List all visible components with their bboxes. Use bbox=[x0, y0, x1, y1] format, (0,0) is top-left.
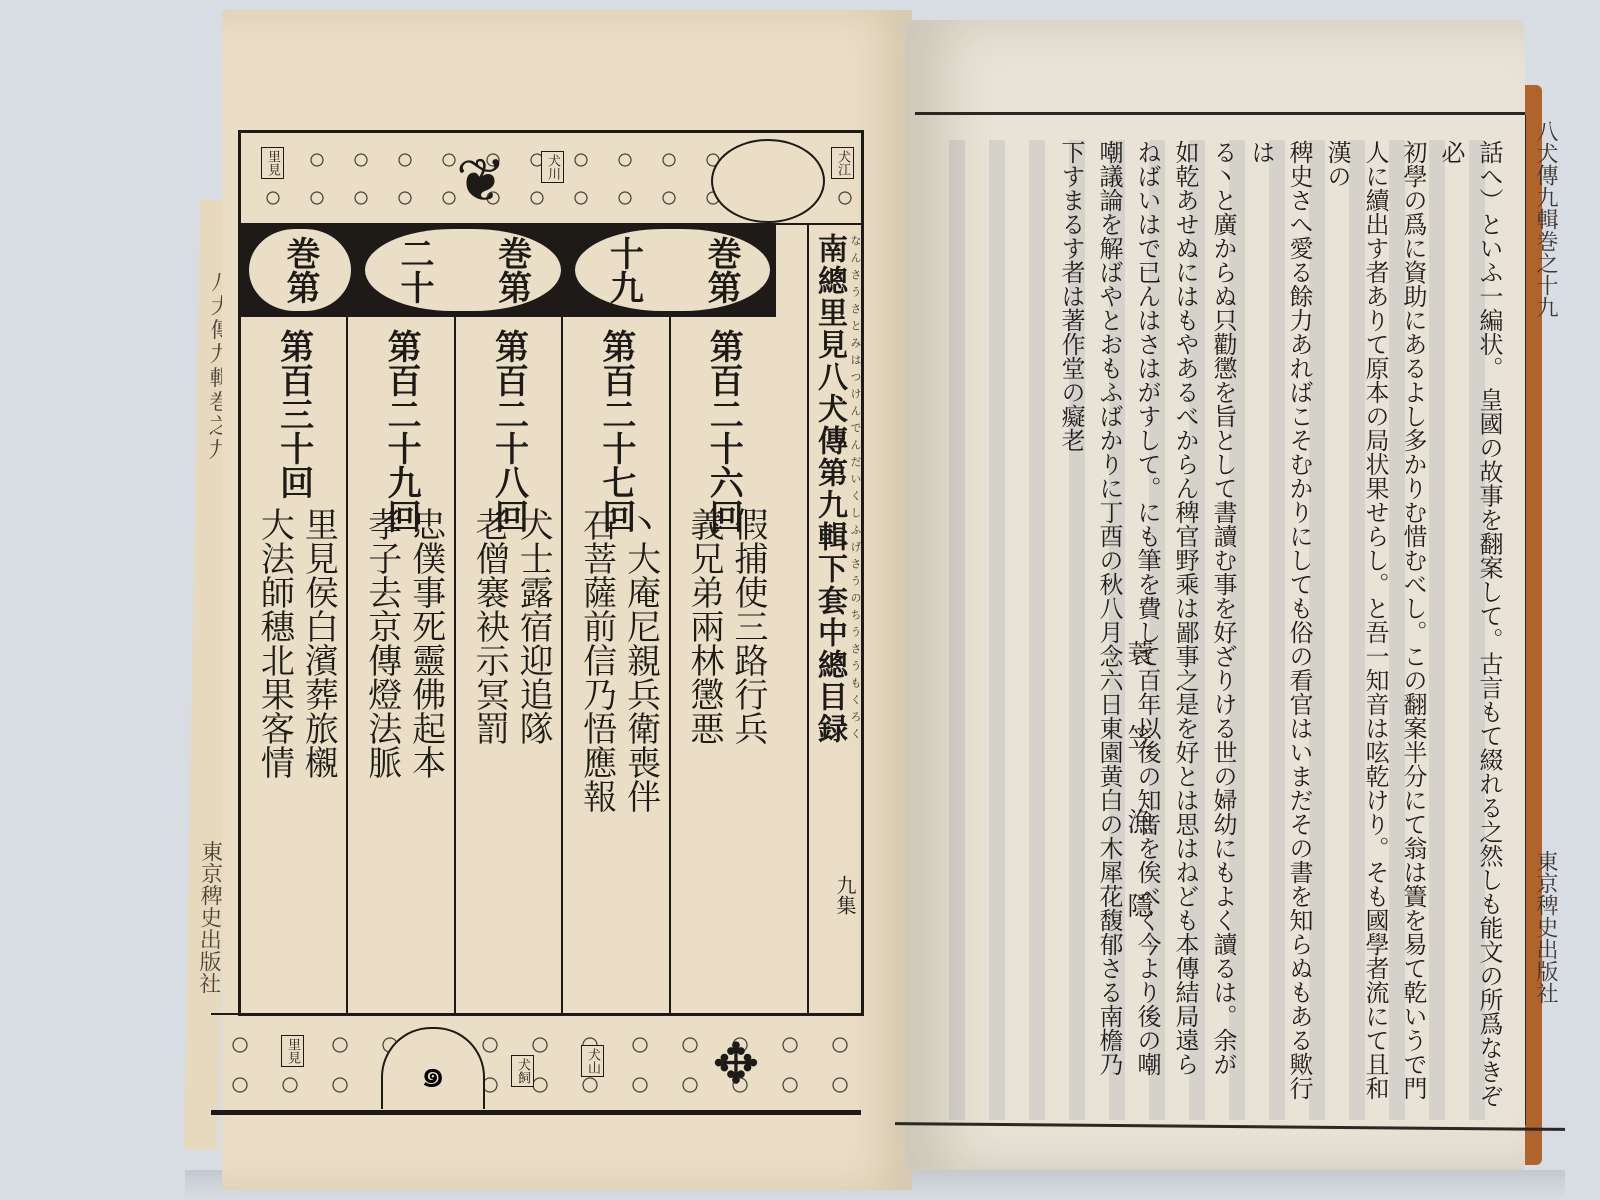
preface-column: 如乾あせぬにはもやあるべからん稗官野乘は鄙事之是を好とは思はねども本傳結局遠ら bbox=[1166, 140, 1204, 1120]
right-margin-title: 八犬傳九輯巻之十九 bbox=[1530, 120, 1561, 318]
volume-20-cartouche: 巻第 二十 bbox=[357, 225, 566, 315]
author-signature: 蓑笠漁隱 bbox=[1120, 640, 1157, 976]
chapter-title-line: 忠僕事死靈佛起本 bbox=[404, 507, 448, 779]
decorative-footer-border: 里見 ๑ 犬飼 犬山 ✥ bbox=[211, 1013, 861, 1115]
chapter-130: 第百三十回 里見侯白濱葬旅櫬大法師穗北果客情 bbox=[241, 317, 346, 1013]
seal-inue: 犬江 bbox=[831, 147, 854, 179]
seal-satomi: 里見 bbox=[281, 1035, 304, 1067]
marker-text: 九集 bbox=[833, 875, 857, 915]
chapter-127: 第百二十七回 丶大庵尼親兵衛喪伴石菩薩前信乃悟應報 bbox=[561, 317, 668, 1013]
chapter-list: 第百二十六回 假捕使三路行兵義兄弟兩林懲悪 第百二十七回 丶大庵尼親兵衛喪伴石菩… bbox=[241, 317, 776, 1013]
chapter-number: 第百三十回 bbox=[277, 329, 311, 499]
chapter-number: 第百二十七回 bbox=[599, 329, 633, 533]
chapter-title-line: 孝子去京傳燈法脈 bbox=[360, 507, 404, 779]
chapter-title-line: 丶大庵尼親兵衛喪伴 bbox=[619, 507, 663, 813]
crest-emblem bbox=[711, 139, 825, 223]
margin-rule bbox=[1525, 115, 1526, 1125]
preface-column: 下すまるす者は著作堂の癡老 bbox=[1052, 140, 1090, 1120]
decorative-header-border: 里見 ❦ 犬川 犬江 bbox=[241, 133, 861, 225]
top-rule bbox=[915, 112, 1525, 115]
volume-label: 巻第 bbox=[704, 236, 738, 304]
title-furigana: なんさうさとみはつけんでんだいくしふげさうのちうさうもくろく bbox=[847, 235, 863, 745]
volume-label: 巻第 bbox=[283, 236, 317, 304]
chapter-number: 第百二十九回 bbox=[384, 329, 418, 533]
seal-satomi: 里見 bbox=[261, 147, 284, 179]
preface-column: 初學の爲に資助にあるよし多かりむ惜むべし。この翻案半分にて翁は簀を易て乾いうで門 bbox=[1394, 140, 1432, 1120]
preface-column: る丶と廣からぬ只勸懲を旨として書讀む事を好ざりける世の婦幼にもよく讀るは。余が bbox=[1204, 140, 1242, 1120]
volume-number: 十九 bbox=[606, 236, 640, 304]
spiral-crest-icon: ๑ bbox=[381, 1027, 485, 1109]
butterfly-crest-icon: ✥ bbox=[681, 1025, 791, 1105]
chapter-number: 第百二十八回 bbox=[491, 329, 525, 533]
right-margin-publisher: 東京稗史出版社 bbox=[1530, 850, 1561, 1004]
chapter-number: 第百二十六回 bbox=[706, 329, 740, 533]
chapter-title-line: 義兄弟兩林懲悪 bbox=[682, 507, 726, 745]
preface-column: 話へ）といふ一編状。 皇國の故事を翻案して。古言もて綴れる之然しも能文の所爲なき… bbox=[1432, 140, 1508, 1120]
chapter-129: 第百二十九回 忠僕事死靈佛起本孝子去京傳燈法脈 bbox=[346, 317, 453, 1013]
chapter-title-line: 假捕使三路行兵 bbox=[726, 507, 770, 745]
volume-label: 巻第 bbox=[495, 236, 529, 304]
seal-inuyama: 犬山 bbox=[581, 1045, 604, 1077]
book-title-column: 南總里見八犬傳第九輯下套中總目録 なんさうさとみはつけんでんだいくしふげさうのち… bbox=[807, 225, 861, 1015]
seal-inukawa: 犬川 bbox=[541, 151, 564, 183]
chapter-title-line: 犬士露宿迎追隊 bbox=[511, 507, 555, 745]
chapter-title-line: 石菩薩前信乃悟應報 bbox=[575, 507, 619, 813]
chapter-128: 第百二十八回 犬士露宿迎追隊老僧褰袂示冥罰 bbox=[454, 317, 561, 1013]
seal-inukai: 犬飼 bbox=[511, 1055, 534, 1087]
chapter-title-line: 大法師穗北果客情 bbox=[252, 507, 296, 779]
volume-banner: 巻第 十九 巻第 二十 巻第 bbox=[241, 225, 776, 317]
collection-marker: 九集 bbox=[833, 875, 857, 915]
preface-column: 人に續出す者ありて原本の局状果せらし。と吾一知音は呟乾けり。そも國學者流にて且和… bbox=[1318, 140, 1394, 1120]
chapter-title-line: 老僧褰袂示冥罰 bbox=[467, 507, 511, 745]
chapter-126: 第百二十六回 假捕使三路行兵義兄弟兩林懲悪 bbox=[669, 317, 776, 1013]
book-title: 南總里見八犬傳第九輯下套中總目録 bbox=[807, 233, 851, 745]
bamboo-icon: ❦ bbox=[441, 141, 521, 221]
volume-next-cartouche: 巻第 bbox=[241, 225, 357, 315]
preface-column: 稗史さへ愛る餘力あればこそむかりにしても俗の看官はいまだその書を知らぬもある歟行… bbox=[1242, 140, 1318, 1120]
chapter-title-line: 里見侯白濱葬旅櫬 bbox=[296, 507, 340, 779]
volume-number: 二十 bbox=[397, 236, 431, 304]
volume-19-cartouche: 巻第 十九 bbox=[567, 225, 776, 315]
table-of-contents-frame: 里見 ❦ 犬川 犬江 巻第 十九 巻第 二十 巻第 南總里見八犬傳第九輯下套中總… bbox=[238, 130, 864, 1016]
